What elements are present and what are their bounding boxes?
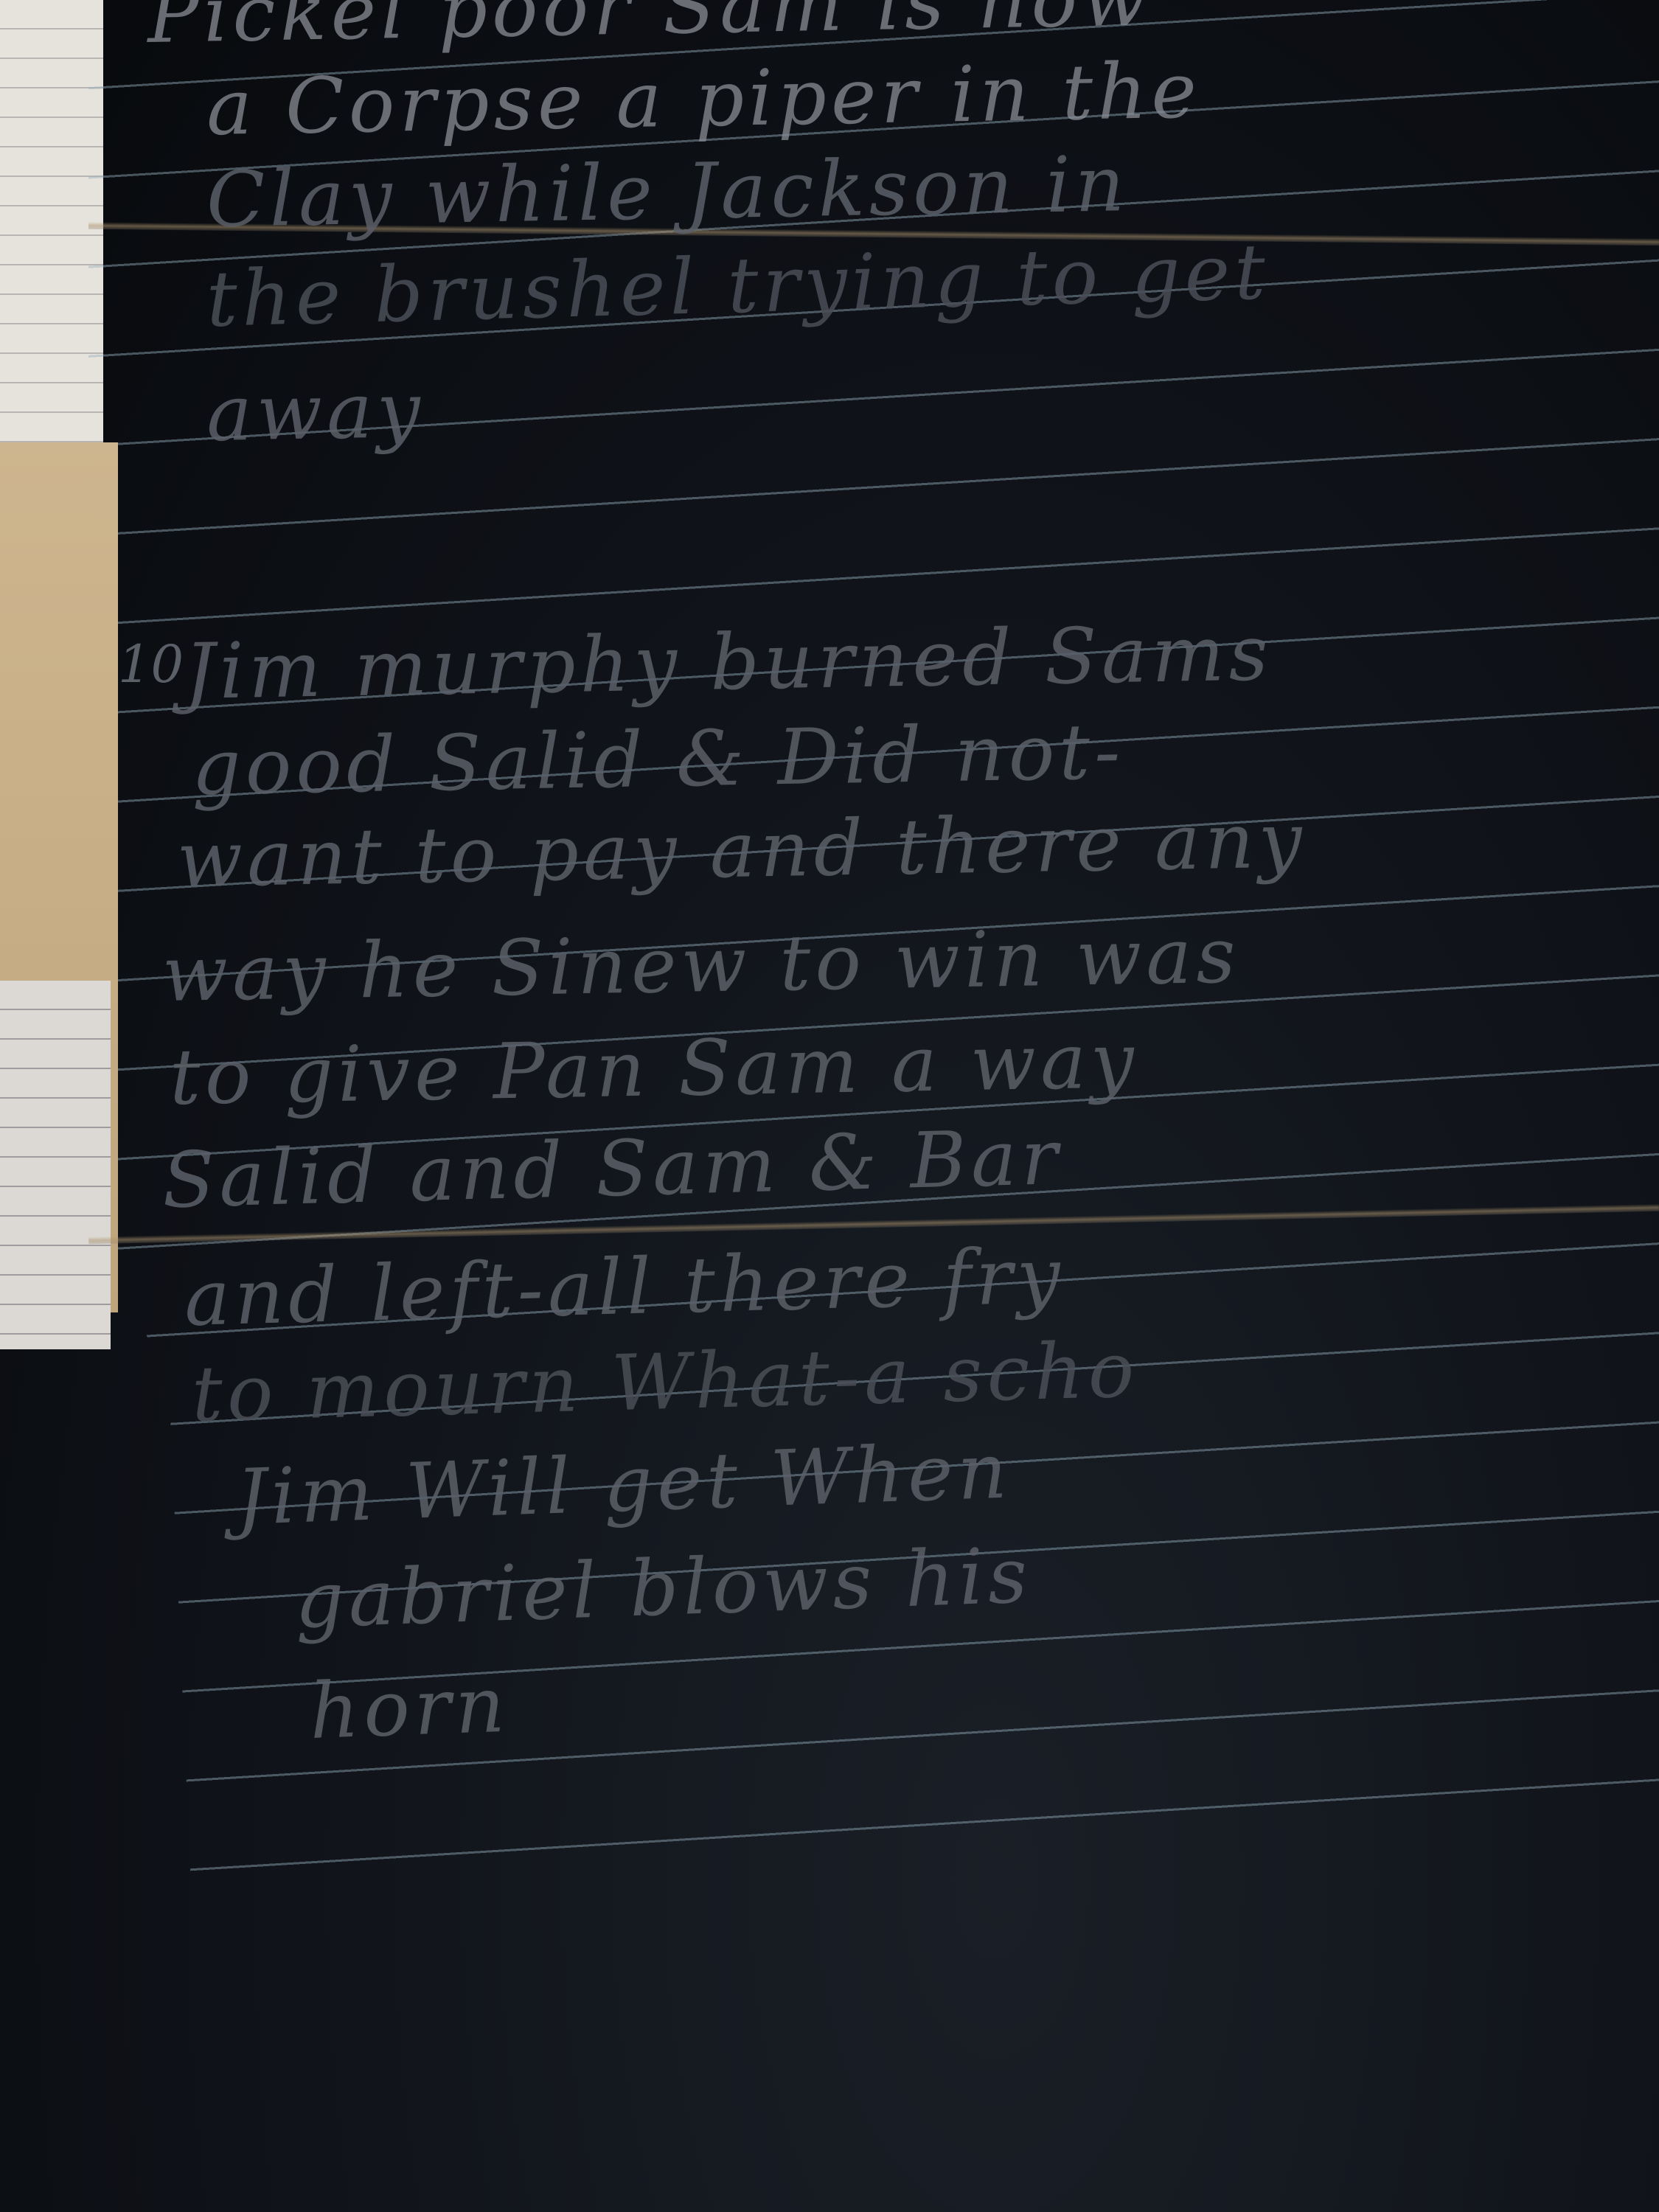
underlying-paper-top <box>0 0 103 472</box>
underlying-paper-bottom <box>0 981 111 1349</box>
handwritten-line: Clay while Jackson in <box>206 139 1130 245</box>
entry-number: 10 <box>118 634 184 695</box>
handwritten-line: Jim murphy burned Sams <box>184 608 1273 717</box>
handwritten-line: away <box>206 365 425 459</box>
handwritten-line: good Salid & Did not- <box>191 706 1125 813</box>
handwritten-line: horn <box>308 1660 510 1756</box>
handwritten-line: a Corpse a piper in the <box>206 45 1202 153</box>
handwritten-line: to give Pan Sam a way <box>169 1015 1139 1122</box>
handwritten-line: way he Sinew to win was <box>161 910 1241 1018</box>
